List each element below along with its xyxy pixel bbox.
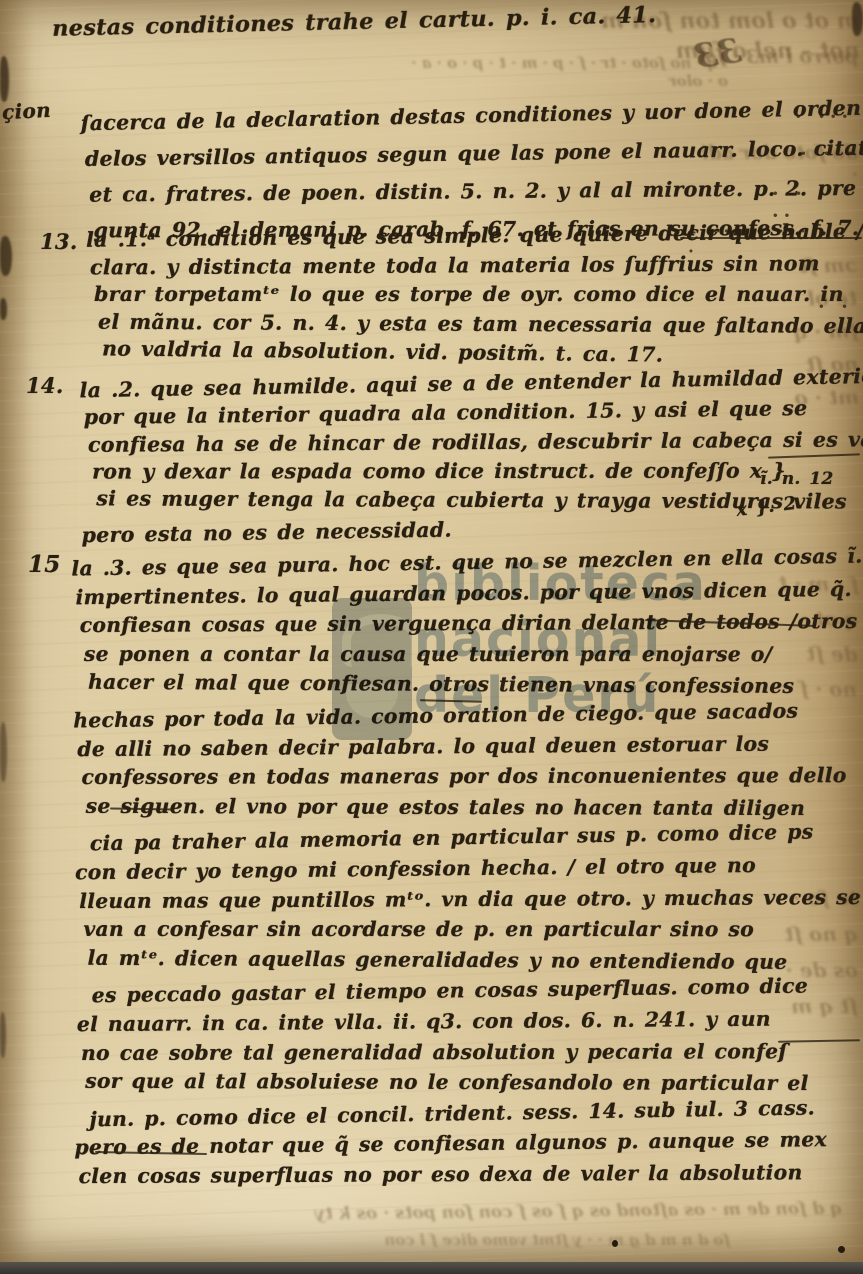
scan-bottom-edge bbox=[0, 1262, 863, 1274]
manuscript-line: van a confesar sin acordarse de p. en pa… bbox=[83, 914, 863, 945]
paragraph-section-15: la .3. es que sea pura. hoc est. que no … bbox=[78, 545, 863, 1192]
paragraph-section-13: la .1.ᵃ condition es que sea simple. que… bbox=[93, 221, 863, 369]
manuscript-line: el nauarr. in ca. inte vlla. ii. q3. con… bbox=[77, 1003, 863, 1040]
ink-bleedthrough: · q · no ſoto · tr · ſ · p · m · t · p ·… bbox=[398, 54, 728, 90]
folio-number-bleedthrough: 33 bbox=[691, 31, 744, 78]
section-number-13: 13. bbox=[40, 229, 77, 254]
manuscript-line: se ponen a contar la causa que tuuieron … bbox=[84, 639, 863, 670]
ink-blob bbox=[0, 298, 7, 320]
manuscript-line: et ca. fratres. de poen. distin. 5. n. 2… bbox=[89, 168, 863, 213]
paragraph-section-14: la .2. que sea humilde. aqui se a de ent… bbox=[86, 366, 863, 547]
ink-bleedthrough: q d ſon de m · os aſtond os q ſ os ſ con… bbox=[42, 1199, 842, 1227]
ink-blob bbox=[0, 722, 7, 782]
ink-dot bbox=[612, 1240, 618, 1247]
margin-catchword: çion bbox=[1, 98, 51, 125]
margin-note-citation: ĩ. n. 12 bbox=[760, 469, 834, 489]
ink-blob bbox=[0, 1012, 6, 1058]
ink-dot bbox=[838, 1246, 845, 1253]
manuscript-line: ron y dexar la espada como dice instruct… bbox=[92, 456, 863, 486]
parchment-page: m ot o lom ton ſon m · not – nel o ſum p… bbox=[0, 0, 863, 1262]
ink-blob bbox=[852, 2, 863, 36]
ink-blob bbox=[0, 56, 9, 102]
manuscript-line: no cae sobre tal generalidad absolution … bbox=[81, 1036, 863, 1069]
manuscript-line: clara. y distincta mente toda la materia… bbox=[90, 248, 863, 282]
manuscript-line: lleuan mas que puntillos mᵗᵒ. vn dia que… bbox=[79, 881, 863, 916]
manuscript-line: brar torpetamᵗᵉ lo que es torpe de oyr. … bbox=[94, 280, 863, 310]
ink-bleedthrough: fo d n m d g m · · y ſtmt vamo dice f l … bbox=[30, 1231, 730, 1249]
section-number-15: 15 bbox=[28, 551, 61, 578]
manuscript-scan: m ot o lom ton ſon m · not – nel o ſum p… bbox=[0, 0, 863, 1274]
manuscript-line: de alli no saben decir palabra. lo qual … bbox=[77, 727, 863, 764]
ink-blob bbox=[0, 236, 12, 276]
manuscript-line: confiesa ha se de hincar de rodillas, de… bbox=[88, 425, 863, 460]
manuscript-line: confessores en todas maneras por dos inc… bbox=[81, 760, 863, 793]
ink-stroke bbox=[680, 237, 862, 239]
manuscript-line: clen cosas superfluas no por eso dexa de… bbox=[79, 1157, 863, 1192]
section-number-14: 14. bbox=[26, 373, 63, 398]
